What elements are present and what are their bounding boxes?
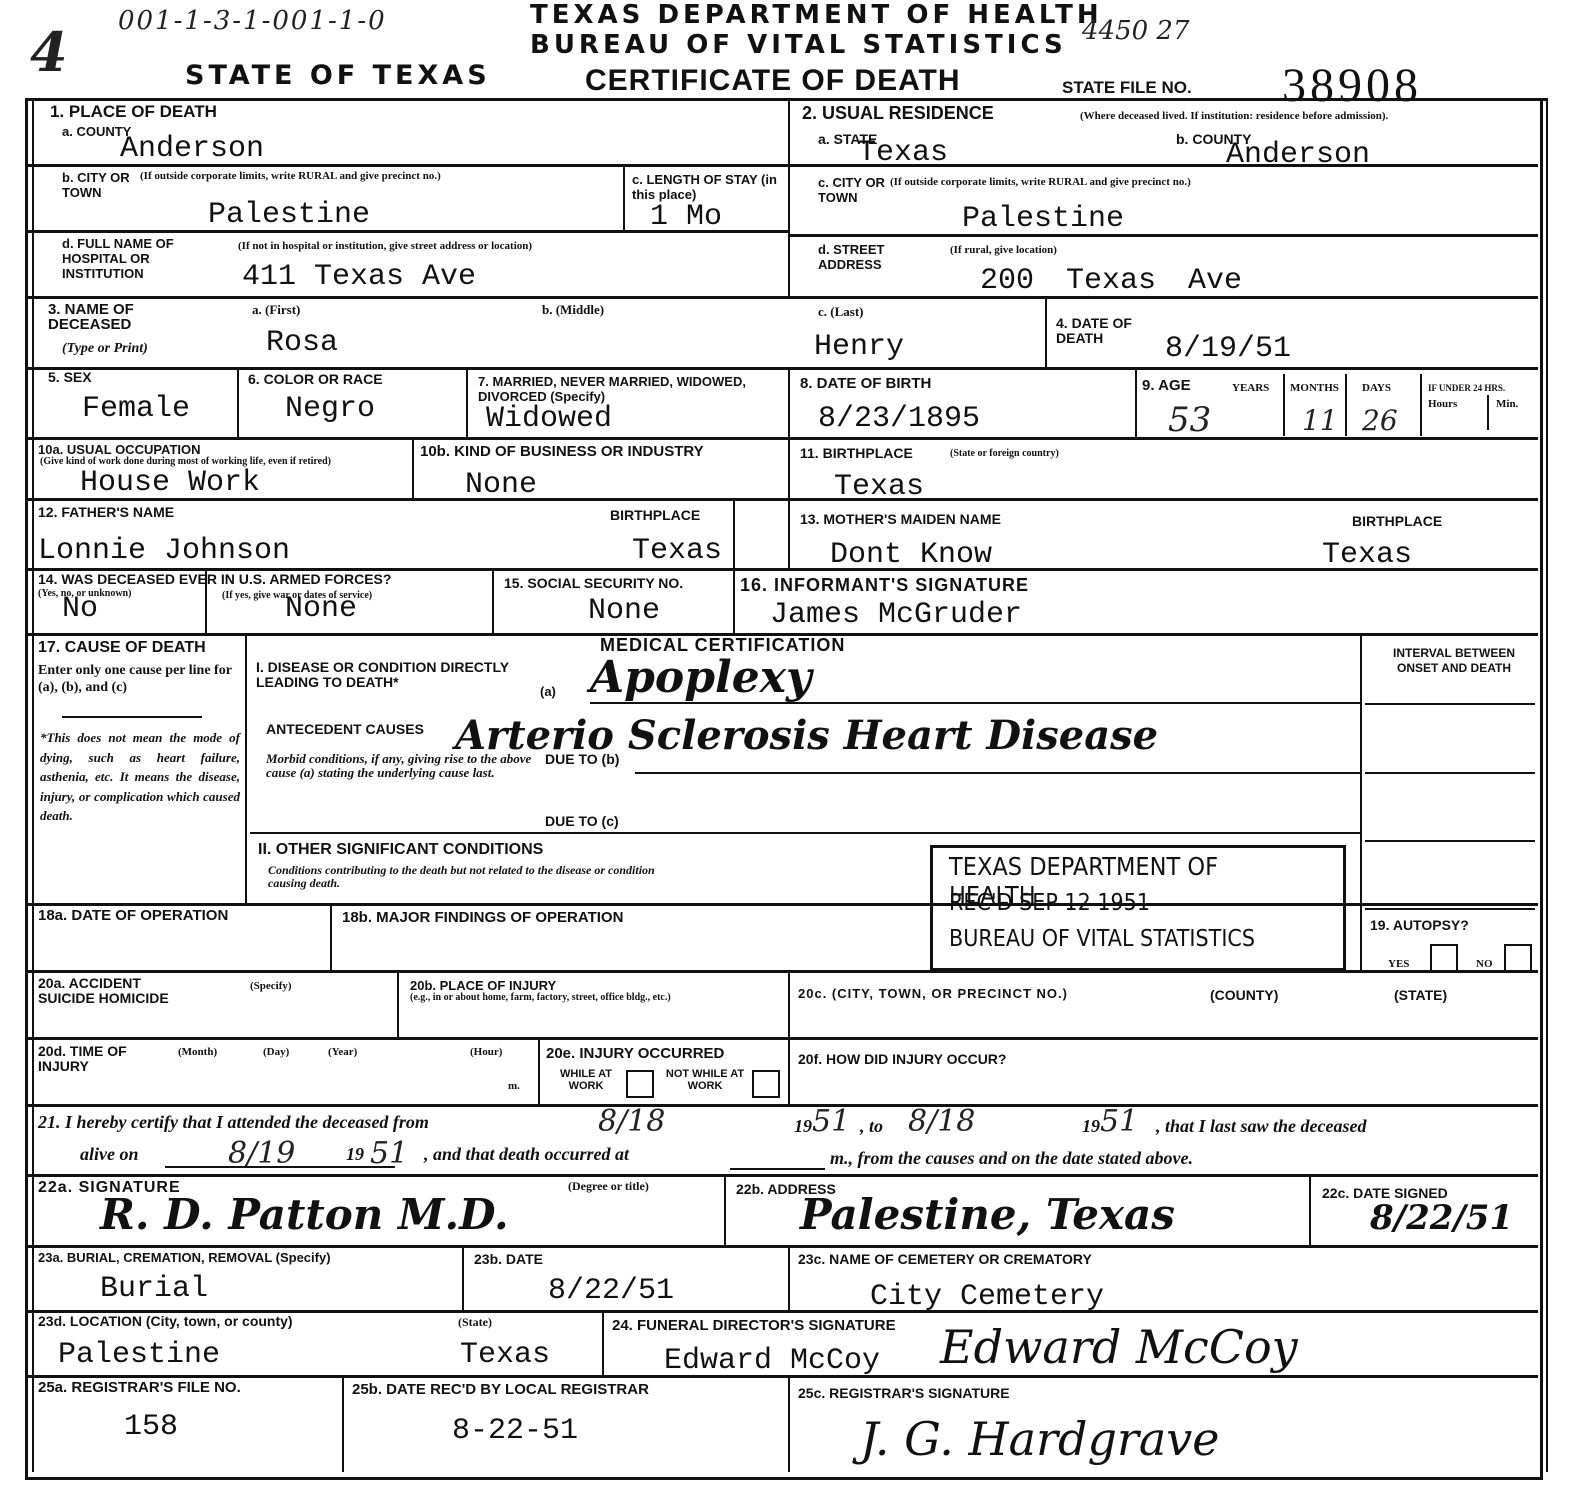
certificate-title: CERTIFICATE OF DEATH: [585, 64, 961, 98]
state-file-label: STATE FILE NO.: [1062, 78, 1192, 98]
birthplace-field[interactable]: Texas: [834, 472, 924, 502]
month-label: (Month): [178, 1046, 217, 1058]
middle-label: b. (Middle): [542, 304, 604, 316]
cause-label: 17. CAUSE OF DEATH: [38, 640, 206, 655]
mother-bp-field[interactable]: Texas: [1322, 540, 1412, 570]
death-city-field[interactable]: Palestine: [208, 200, 370, 230]
cert-text3: , and that death occurred at: [424, 1146, 629, 1163]
registrar-date-label: 25b. DATE REC'D BY LOCAL REGISTRAR: [352, 1382, 649, 1397]
op-findings-label: 18b. MAJOR FINDINGS OF OPERATION: [342, 910, 623, 925]
burial-state-label: (State): [458, 1316, 492, 1328]
injury-type-label: 20a. ACCIDENT SUICIDE HOMICIDE: [38, 976, 178, 1006]
dob-label: 8. DATE OF BIRTH: [800, 376, 931, 391]
armed-service-field[interactable]: None: [285, 594, 357, 624]
place-of-death-label: 1. PLACE OF DEATH: [50, 104, 217, 119]
date-signed-field[interactable]: 8/22/51: [1370, 1198, 1513, 1238]
injury-state-label: (STATE): [1394, 988, 1447, 1003]
occupation-field[interactable]: House Work: [80, 468, 260, 498]
degree-label: (Degree or title): [568, 1180, 649, 1192]
cert-to-word: , to: [860, 1118, 883, 1135]
age-years-field[interactable]: 53: [1168, 400, 1211, 440]
cemetery-label: 23c. NAME OF CEMETERY OR CREMATORY: [798, 1252, 1092, 1267]
cert-text2: , that I last saw the deceased: [1156, 1118, 1367, 1135]
age-months-field[interactable]: 11: [1302, 404, 1338, 437]
cemetery-field[interactable]: City Cemetery: [870, 1282, 1104, 1312]
autopsy-no-label: NO: [1476, 958, 1493, 970]
age-months-label: MONTHS: [1290, 382, 1339, 394]
res-street-label: d. STREET ADDRESS: [818, 242, 908, 272]
res-county-field[interactable]: Anderson: [1226, 140, 1370, 170]
agency-line2: BUREAU OF VITAL STATISTICS: [530, 30, 1067, 60]
last-name-field[interactable]: Henry: [814, 332, 904, 362]
director-label: 24. FUNERAL DIRECTOR'S SIGNATURE: [612, 1318, 896, 1333]
hospital-hint: (If not in hospital or institution, give…: [238, 240, 532, 252]
day-label: (Day): [263, 1046, 289, 1058]
location-label: 23d. LOCATION (City, town, or county): [38, 1314, 293, 1329]
stamp-line3: BUREAU OF VITAL STATISTICS: [949, 926, 1255, 952]
received-stamp: TEXAS DEPARTMENT OF HEALTH REC'D SEP 12 …: [930, 845, 1346, 971]
age-days-field[interactable]: 26: [1362, 404, 1398, 437]
ssn-field[interactable]: None: [588, 596, 660, 626]
physician-address[interactable]: Palestine, Texas: [800, 1190, 1175, 1239]
hospital-field[interactable]: 411 Texas Ave: [242, 262, 476, 292]
informant-field[interactable]: James McGruder: [770, 600, 1022, 630]
sex-field[interactable]: Female: [82, 394, 190, 424]
res-city-field[interactable]: Palestine: [962, 204, 1124, 234]
year-label: (Year): [328, 1046, 357, 1058]
dob-field[interactable]: 8/23/1895: [818, 404, 980, 434]
cert-text1: 21. I hereby certify that I attended the…: [38, 1114, 429, 1131]
injury-time-label: 20d. TIME OF INJURY: [38, 1044, 138, 1074]
burial-date-field[interactable]: 8/22/51: [548, 1276, 674, 1306]
stay-field[interactable]: 1 Mo: [650, 202, 722, 232]
autopsy-yes-checkbox[interactable]: [1430, 944, 1458, 972]
first-label: a. (First): [252, 304, 300, 316]
injury-occurred-label: 20e. INJURY OCCURRED: [546, 1046, 724, 1061]
race-label: 6. COLOR OR RACE: [248, 372, 383, 387]
registrar-date-field[interactable]: 8-22-51: [452, 1416, 578, 1446]
cert-alive-year-prefix: 19: [346, 1146, 364, 1163]
date-of-death-label: 4. DATE OF DEATH: [1056, 316, 1136, 346]
father-label: 12. FATHER'S NAME: [38, 505, 174, 520]
under24-label: IF UNDER 24 HRS.: [1428, 382, 1505, 394]
cause-note: *This does not mean the mode of dying, s…: [40, 728, 240, 826]
at-work-checkbox[interactable]: [626, 1070, 654, 1098]
disease-label: I. DISEASE OR CONDITION DIRECTLY LEADING…: [256, 660, 536, 690]
director-name-field[interactable]: Edward McCoy: [664, 1346, 880, 1376]
hour-label: (Hour): [470, 1046, 502, 1058]
mother-bp-label: BIRTHPLACE: [1352, 514, 1442, 529]
agency-line1: TEXAS DEPARTMENT OF HEALTH: [530, 0, 1103, 30]
father-field[interactable]: Lonnie Johnson: [38, 536, 290, 566]
state-title: STATE OF TEXAS: [185, 60, 491, 91]
handwritten-number: 4450 27: [1082, 16, 1190, 46]
cert-from-field[interactable]: 8/18: [598, 1104, 665, 1139]
burial-method-field[interactable]: Burial: [100, 1274, 208, 1304]
handwritten-code: 001-1-3-1-001-1-0: [118, 6, 387, 36]
min-label: Min.: [1496, 398, 1518, 410]
occupation-label: 10a. USUAL OCCUPATION: [38, 442, 201, 457]
res-street-field[interactable]: 200 Texas Ave: [980, 266, 1242, 296]
cert-from-year-prefix: 19: [794, 1118, 812, 1135]
location-field[interactable]: Palestine: [58, 1340, 220, 1370]
a-label: (a): [540, 684, 556, 699]
injury-place-hint: (e.g., in or about home, farm, factory, …: [410, 992, 780, 1004]
frame-inner-left: [32, 100, 34, 1472]
mother-field[interactable]: Dont Know: [830, 540, 992, 570]
other-conditions-label: II. OTHER SIGNIFICANT CONDITIONS: [258, 842, 543, 857]
residence-hint: (Where deceased lived. If institution: r…: [1080, 110, 1520, 122]
stamp-line2: REC'D SEP 12 1951: [949, 890, 1150, 916]
op-date-label: 18a. DATE OF OPERATION: [38, 908, 228, 923]
cert-from-year[interactable]: 51: [812, 1104, 850, 1139]
city-label: b. CITY OR TOWN: [62, 170, 132, 200]
c-label: DUE TO (c): [545, 814, 619, 829]
burial-state-field[interactable]: Texas: [460, 1340, 550, 1370]
father-bp-label: BIRTHPLACE: [610, 508, 700, 523]
cert-alive-on: alive on: [80, 1146, 139, 1163]
stay-label: c. LENGTH OF STAY (in this place): [632, 172, 782, 202]
autopsy-no-checkbox[interactable]: [1504, 944, 1532, 972]
frame-inner-right: [1546, 100, 1548, 1472]
not-at-work-checkbox[interactable]: [752, 1070, 780, 1098]
sex-label: 5. SEX: [48, 370, 92, 385]
physician-signature[interactable]: R. D. Patton M.D.: [100, 1190, 509, 1239]
cert-alive-year[interactable]: 51: [370, 1136, 408, 1171]
m-label: m.: [508, 1080, 520, 1092]
birthplace-label: 11. BIRTHPLACE: [800, 446, 913, 461]
marital-label: 7. MARRIED, NEVER MARRIED, WIDOWED, DIVO…: [478, 374, 778, 404]
death-county-field[interactable]: Anderson: [120, 134, 264, 164]
marital-field[interactable]: Widowed: [486, 404, 612, 434]
cause-instruction: Enter only one cause per line for (a), (…: [38, 662, 243, 696]
registrar-file-label: 25a. REGISTRAR'S FILE NO.: [38, 1380, 241, 1395]
age-years-label: YEARS: [1232, 382, 1269, 394]
hours-label: Hours: [1428, 398, 1457, 410]
mother-label: 13. MOTHER'S MAIDEN NAME: [800, 512, 1001, 527]
res-street-hint: (If rural, give location): [950, 244, 1057, 256]
registrar-signature[interactable]: J. G. Hardgrave: [860, 1412, 1220, 1466]
not-at-work-label: NOT WHILE AT WORK: [660, 1068, 750, 1092]
injury-county-label: (COUNTY): [1210, 988, 1278, 1003]
antecedent-label: ANTECEDENT CAUSES: [266, 722, 424, 737]
business-label: 10b. KIND OF BUSINESS OR INDUSTRY: [420, 444, 704, 459]
other-conditions-hint: Conditions contributing to the death but…: [268, 864, 668, 890]
father-bp-field[interactable]: Texas: [632, 536, 722, 566]
informant-label: 16. INFORMANT'S SIGNATURE: [740, 578, 1029, 593]
age-label: 9. AGE: [1142, 378, 1191, 393]
registrar-sig-label: 25c. REGISTRAR'S SIGNATURE: [798, 1386, 1010, 1401]
race-field[interactable]: Negro: [285, 394, 375, 424]
burial-date-label: 23b. DATE: [474, 1252, 543, 1267]
age-days-label: DAYS: [1362, 382, 1391, 394]
res-city-hint: (If outside corporate limits, write RURA…: [890, 176, 1191, 188]
hospital-label: d. FULL NAME OF HOSPITAL OR INSTITUTION: [62, 236, 232, 281]
armed-label: 14. WAS DECEASED EVER IN U.S. ARMED FORC…: [38, 572, 391, 587]
autopsy-yes-label: YES: [1388, 958, 1409, 970]
registrar-file-field[interactable]: 158: [124, 1412, 178, 1442]
cert-to-year[interactable]: 51: [1100, 1104, 1138, 1139]
injury-type-hint: (Specify): [250, 980, 292, 992]
cert-text4: m., from the causes and on the date stat…: [830, 1150, 1193, 1167]
last-label: c. (Last): [818, 306, 864, 318]
burial-method-label: 23a. BURIAL, CREMATION, REMOVAL (Specify…: [38, 1250, 331, 1265]
armed-field[interactable]: No: [62, 594, 98, 624]
handwritten-mark: 4: [30, 20, 68, 84]
business-field[interactable]: None: [465, 470, 537, 500]
interval-label: INTERVAL BETWEEN ONSET AND DEATH: [1374, 646, 1534, 676]
cert-alive-date[interactable]: 8/19: [228, 1136, 295, 1171]
how-injury-label: 20f. HOW DID INJURY OCCUR?: [798, 1052, 1006, 1067]
cause-b-field[interactable]: Arterio Sclerosis Heart Disease: [455, 712, 1158, 759]
director-signature[interactable]: Edward McCoy: [940, 1320, 1298, 1374]
name-hint: (Type or Print): [62, 340, 148, 357]
cert-to-field[interactable]: 8/18: [908, 1104, 975, 1139]
at-work-label: WHILE AT WORK: [546, 1068, 626, 1092]
birthplace-hint: (State or foreign country): [950, 448, 1059, 460]
autopsy-label: 19. AUTOPSY?: [1370, 918, 1469, 933]
res-city-label: c. CITY OR TOWN: [818, 175, 888, 205]
cause-a-field[interactable]: Apoplexy: [590, 652, 812, 703]
residence-label: 2. USUAL RESIDENCE: [802, 106, 994, 121]
ssn-label: 15. SOCIAL SECURITY NO.: [504, 576, 683, 591]
medical-cert-label: MEDICAL CERTIFICATION: [600, 638, 845, 653]
first-name-field[interactable]: Rosa: [266, 328, 338, 358]
date-of-death-field[interactable]: 8/19/51: [1165, 334, 1291, 364]
injury-city-label: 20c. (CITY, TOWN, OR PRECINCT NO.): [798, 986, 1068, 1001]
city-hint: (If outside corporate limits, write RURA…: [140, 170, 615, 182]
cert-to-year-prefix: 19: [1082, 1118, 1100, 1135]
name-label: 3. NAME OF DECEASED: [48, 302, 198, 332]
injury-place-label: 20b. PLACE OF INJURY: [410, 978, 556, 993]
res-state-field[interactable]: Texas: [858, 138, 948, 168]
